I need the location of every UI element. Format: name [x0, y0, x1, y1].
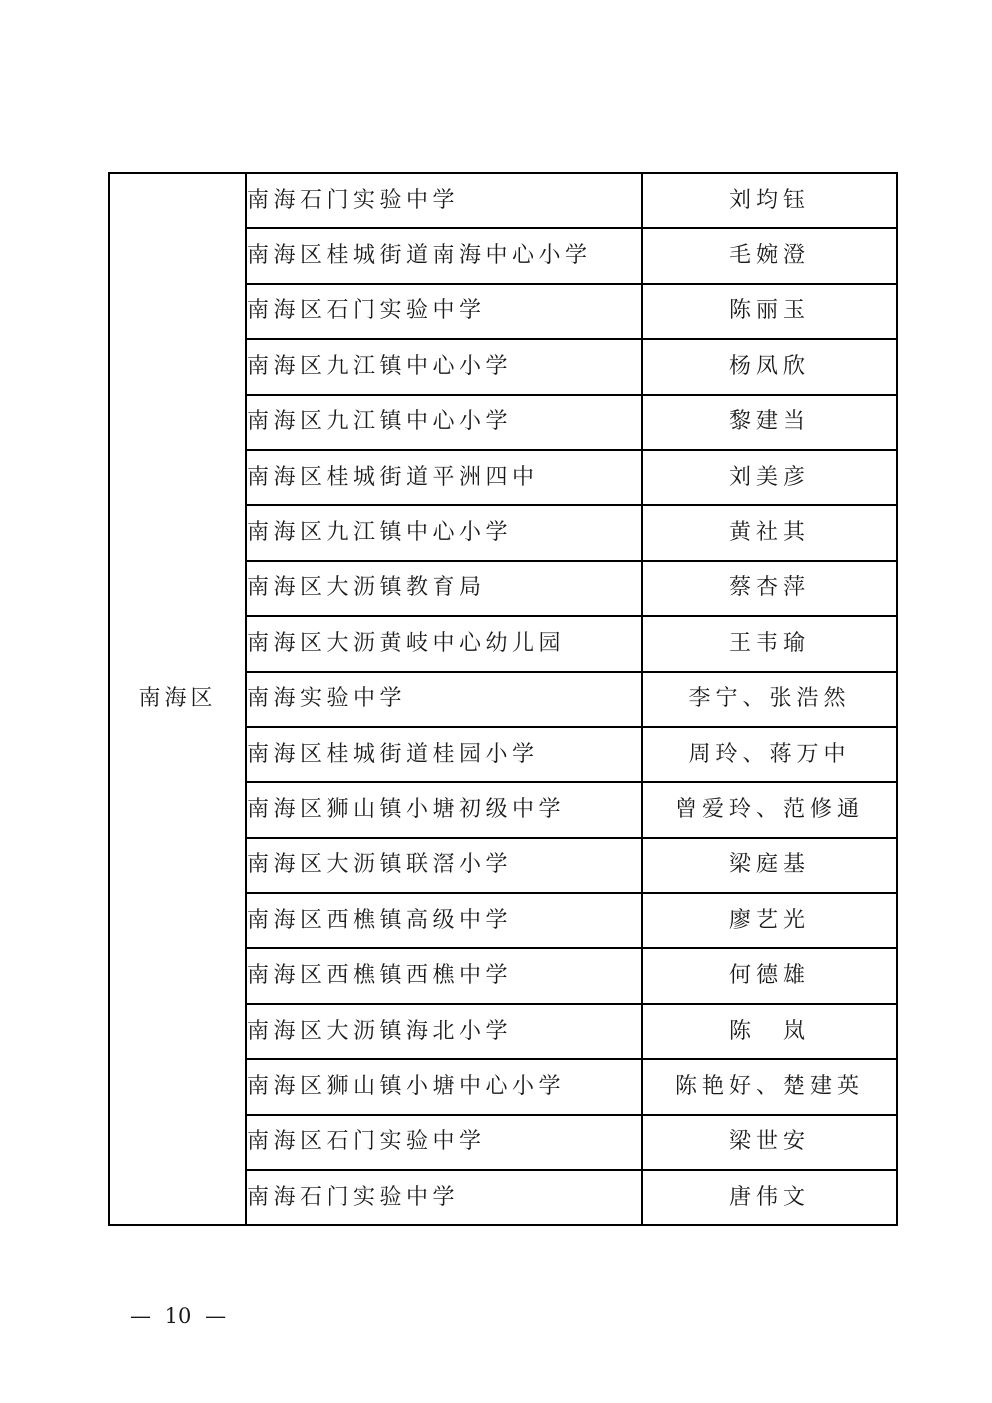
school-cell: 南海区九江镇中心小学	[246, 505, 642, 560]
awardee-cell: 唐伟文	[642, 1170, 897, 1225]
school-cell: 南海区石门实验中学	[246, 284, 642, 339]
awardee-cell: 黄社其	[642, 505, 897, 560]
school-cell: 南海区西樵镇西樵中学	[246, 948, 642, 1003]
school-cell: 南海石门实验中学	[246, 1170, 642, 1225]
awardee-cell: 廖艺光	[642, 893, 897, 948]
award-table: 南海区南海石门实验中学刘均钰南海区桂城街道南海中心小学毛婉澄南海区石门实验中学陈…	[108, 172, 898, 1226]
awardee-cell: 黎建当	[642, 395, 897, 450]
school-cell: 南海区九江镇中心小学	[246, 339, 642, 394]
awardee-cell: 周玲、蒋万中	[642, 727, 897, 782]
school-cell: 南海区大沥镇海北小学	[246, 1004, 642, 1059]
school-cell: 南海区狮山镇小塘中心小学	[246, 1059, 642, 1114]
school-cell: 南海区大沥黄岐中心幼儿园	[246, 616, 642, 671]
awardee-cell: 毛婉澄	[642, 228, 897, 283]
table-row: 南海区南海石门实验中学刘均钰	[109, 173, 897, 228]
award-table-body: 南海区南海石门实验中学刘均钰南海区桂城街道南海中心小学毛婉澄南海区石门实验中学陈…	[109, 173, 897, 1225]
school-cell: 南海区桂城街道桂园小学	[246, 727, 642, 782]
school-cell: 南海区西樵镇高级中学	[246, 893, 642, 948]
awardee-cell: 陈艳好、楚建英	[642, 1059, 897, 1114]
school-cell: 南海区大沥镇联滘小学	[246, 838, 642, 893]
region-cell: 南海区	[109, 173, 246, 1225]
awardee-cell: 曾爱玲、范修通	[642, 782, 897, 837]
awardee-cell: 蔡杏萍	[642, 561, 897, 616]
awardee-cell: 刘均钰	[642, 173, 897, 228]
page-number: — 10 —	[130, 1304, 226, 1328]
school-cell: 南海区大沥镇教育局	[246, 561, 642, 616]
awardee-cell: 陈 岚	[642, 1004, 897, 1059]
awardee-cell: 梁世安	[642, 1115, 897, 1170]
document-page: 南海区南海石门实验中学刘均钰南海区桂城街道南海中心小学毛婉澄南海区石门实验中学陈…	[0, 0, 992, 1403]
school-cell: 南海区桂城街道南海中心小学	[246, 228, 642, 283]
school-cell: 南海区狮山镇小塘初级中学	[246, 782, 642, 837]
awardee-cell: 梁庭基	[642, 838, 897, 893]
awardee-cell: 杨凤欣	[642, 339, 897, 394]
awardee-cell: 李宁、张浩然	[642, 672, 897, 727]
awardee-cell: 刘美彦	[642, 450, 897, 505]
awardee-cell: 何德雄	[642, 948, 897, 1003]
awardee-cell: 王韦瑜	[642, 616, 897, 671]
school-cell: 南海实验中学	[246, 672, 642, 727]
school-cell: 南海石门实验中学	[246, 173, 642, 228]
awardee-cell: 陈丽玉	[642, 284, 897, 339]
school-cell: 南海区石门实验中学	[246, 1115, 642, 1170]
school-cell: 南海区桂城街道平洲四中	[246, 450, 642, 505]
school-cell: 南海区九江镇中心小学	[246, 395, 642, 450]
